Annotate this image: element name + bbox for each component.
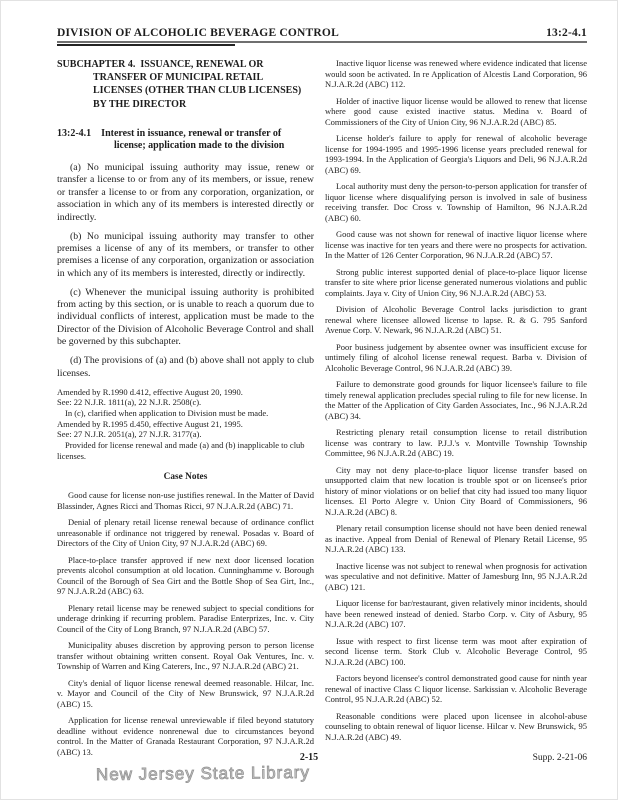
two-column-body: SUBCHAPTER 4. ISSUANCE, RENEWAL OR TRANS… bbox=[57, 58, 587, 763]
section-number: 13:2-4.1 bbox=[57, 128, 91, 139]
library-stamp: New Jersey State Library bbox=[96, 763, 310, 785]
body-paragraph-d: (d) The provisions of (a) and (b) above … bbox=[57, 355, 314, 380]
body-paragraph-c: (c) Whenever the municipal issuing autho… bbox=[57, 287, 314, 349]
case-note: Issue with respect to first license term… bbox=[325, 636, 587, 668]
case-note: Good cause for license non-use justifies… bbox=[57, 490, 314, 511]
case-note: Division of Alcoholic Beverage Control l… bbox=[325, 304, 587, 336]
case-note: Factors beyond licensee's control demons… bbox=[325, 673, 587, 705]
case-note: City's denial of liquor license renewal … bbox=[57, 678, 314, 710]
case-note: Plenary retail consumption license shoul… bbox=[325, 523, 587, 555]
body-paragraph-a: (a) No municipal issuing authority may i… bbox=[57, 162, 314, 224]
history-line: Amended by R.1990 d.412, effective Augus… bbox=[57, 387, 314, 398]
page-header: DIVISION OF ALCOHOLIC BEVERAGE CONTROL 1… bbox=[57, 27, 587, 39]
case-note: Holder of inactive liquor license would … bbox=[325, 96, 587, 128]
case-note: Local authority must deny the person-to-… bbox=[325, 181, 587, 223]
header-rule bbox=[57, 41, 587, 46]
section-title: Interest in issuance, renewal or transfe… bbox=[101, 128, 284, 152]
left-column: SUBCHAPTER 4. ISSUANCE, RENEWAL OR TRANS… bbox=[57, 58, 314, 763]
history-line: See: 27 N.J.R. 2051(a), 27 N.J.R. 3177(a… bbox=[57, 429, 314, 440]
header-rule-accent bbox=[57, 44, 235, 46]
case-note: Strong public interest supported denial … bbox=[325, 267, 587, 299]
header-title: DIVISION OF ALCOHOLIC BEVERAGE CONTROL bbox=[57, 27, 339, 39]
case-note: Failure to demonstrate good grounds for … bbox=[325, 379, 587, 421]
subchapter-heading: SUBCHAPTER 4. ISSUANCE, RENEWAL OR TRANS… bbox=[57, 58, 314, 111]
history-line: Amended by R.1995 d.450, effective Augus… bbox=[57, 419, 314, 430]
case-note: Plenary retail license may be renewed su… bbox=[57, 603, 314, 635]
header-rule-main bbox=[57, 41, 587, 43]
case-note: Inactive license was not subject to rene… bbox=[325, 561, 587, 593]
case-note: Liquor license for bar/restaurant, given… bbox=[325, 598, 587, 630]
case-note: Restricting plenary retail consumption l… bbox=[325, 427, 587, 459]
case-note: License holder's failure to apply for re… bbox=[325, 133, 587, 175]
history-line: In (c), clarified when application to Di… bbox=[57, 408, 314, 419]
case-note: Denial of plenary retail license renewal… bbox=[57, 517, 314, 549]
right-column: Inactive liquor license was renewed wher… bbox=[325, 58, 587, 763]
body-paragraph-b: (b) No municipal issuing authority may t… bbox=[57, 231, 314, 281]
case-note: City may not deny place-to-place liquor … bbox=[325, 465, 587, 518]
case-note: Municipality abuses discretion by approv… bbox=[57, 640, 314, 672]
case-note: Good cause was not shown for renewal of … bbox=[325, 229, 587, 261]
header-section-ref: 13:2-4.1 bbox=[546, 27, 587, 39]
case-note: Inactive liquor license was renewed wher… bbox=[325, 58, 587, 90]
document-page: DIVISION OF ALCOHOLIC BEVERAGE CONTROL 1… bbox=[0, 0, 618, 800]
page-content: DIVISION OF ALCOHOLIC BEVERAGE CONTROL 1… bbox=[57, 27, 587, 763]
subchapter-label: SUBCHAPTER 4. bbox=[57, 59, 135, 70]
case-notes-heading: Case Notes bbox=[57, 472, 314, 482]
case-note: Place-to-place transfer approved if new … bbox=[57, 555, 314, 597]
page-number: 2-15 bbox=[0, 752, 618, 763]
supplement-date: Supp. 2-21-06 bbox=[533, 753, 587, 763]
amendment-history: Amended by R.1990 d.412, effective Augus… bbox=[57, 387, 314, 462]
case-note: Poor business judgement by absentee owne… bbox=[325, 342, 587, 374]
case-note: Reasonable conditions were placed upon l… bbox=[325, 711, 587, 743]
history-line: Provided for license renewal and made (a… bbox=[57, 440, 314, 461]
history-line: See: 22 N.J.R. 1811(a), 22 N.J.R. 2508(c… bbox=[57, 397, 314, 408]
section-heading: 13:2-4.1 Interest in issuance, renewal o… bbox=[57, 128, 314, 153]
